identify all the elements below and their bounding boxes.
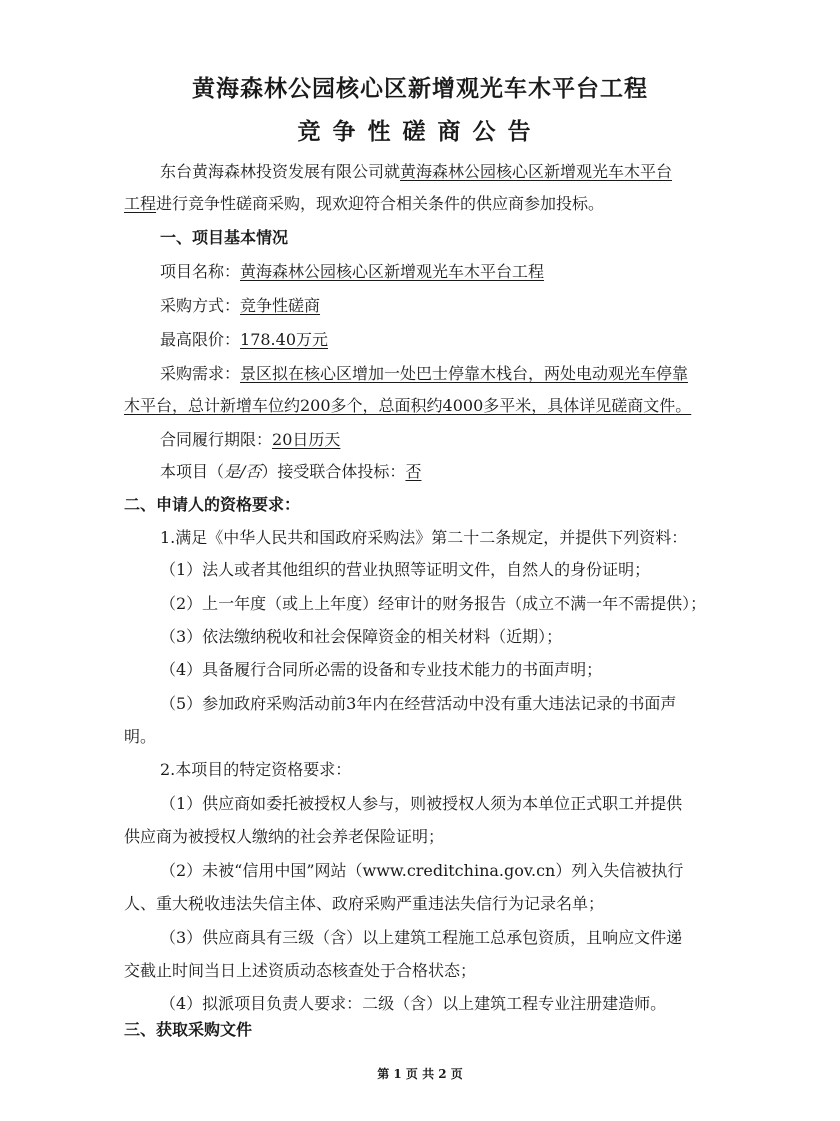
- demand-row: 采购需求：景区拟在核心区增加一处巴士停靠木栈台，两处电动观光车停靠: [160, 364, 688, 384]
- intro-text: 东台黄海森林投资发展有限公司就: [160, 162, 400, 181]
- demand-label: 采购需求：: [160, 364, 240, 383]
- document-page: 黄海森林公园核心区新增观光车木平台工程 竞争性磋商公告 东台黄海森林投资发展有限…: [0, 0, 840, 1121]
- section2-heading: 二、申请人的资格要求：: [124, 495, 300, 515]
- max-price-value: 178.40万元: [240, 330, 328, 349]
- document-title: 黄海森林公园核心区新增观光车木平台工程: [0, 70, 840, 103]
- req1-item-3: （3）依法缴纳税收和社会保障资金的相关材料（近期）；: [160, 627, 562, 647]
- project-name-inline: 黄海森林公园核心区新增观光车木平台: [400, 162, 672, 181]
- req2-item-4: （4）拟派项目负责人要求：二级（含）以上建筑工程专业注册建造师。: [160, 994, 666, 1014]
- method-value: 竞争性磋商: [240, 296, 320, 315]
- req1-heading: 1.满足《中华人民共和国政府采购法》第二十二条规定，并提供下列资料：: [160, 528, 687, 548]
- max-price-row: 最高限价：178.40万元: [160, 330, 328, 350]
- consortium-label-end: ）接受联合体投标：: [261, 462, 405, 481]
- req1-item-5: （5）参加政府采购活动前3年内在经营活动中没有重大违法记录的书面声: [160, 694, 676, 714]
- max-price-label: 最高限价：: [160, 330, 240, 349]
- project-name-row: 项目名称：黄海森林公园核心区新增观光车木平台工程: [160, 262, 544, 282]
- req1-item-5-cont: 明。: [124, 727, 156, 747]
- demand-value-1: 景区拟在核心区增加一处巴士停靠木栈台，两处电动观光车停靠: [240, 364, 688, 383]
- req2-heading: 2.本项目的特定资格要求：: [160, 760, 351, 780]
- req2-item-2-cont: 人、重大税收违法失信主体、政府采购严重违法失信行为记录名单；: [124, 894, 604, 914]
- demand-row-cont: 木平台，总计新增车位约200多个，总面积约4000多平米，具体详见磋商文件。: [124, 396, 691, 416]
- project-name-label: 项目名称：: [160, 262, 240, 281]
- method-label: 采购方式：: [160, 296, 240, 315]
- method-row: 采购方式：竞争性磋商: [160, 296, 320, 316]
- req2-item-3-cont: 交截止时间当日上述资质动态核查处于合格状态；: [124, 961, 476, 981]
- req1-item-1: （1）法人或者其他组织的营业执照等证明文件，自然人的身份证明；: [160, 560, 650, 580]
- period-label: 合同履行期限：: [160, 430, 272, 449]
- req1-item-2: （2）上一年度（或上上年度）经审计的财务报告（成立不满一年不需提供）；: [160, 594, 706, 614]
- period-row: 合同履行期限：20日历天: [160, 430, 340, 450]
- section3-heading: 三、获取采购文件: [124, 1020, 252, 1040]
- intro-line-1: 东台黄海森林投资发展有限公司就黄海森林公园核心区新增观光车木平台: [160, 162, 672, 182]
- project-name-inline-end: 工程: [124, 194, 156, 213]
- req2-item-1: （1）供应商如委托被授权人参与，则被授权人须为本单位正式职工并提供: [160, 794, 682, 814]
- section1-heading: 一、项目基本情况: [160, 228, 288, 248]
- period-value: 20日历天: [272, 430, 340, 449]
- project-name-value: 黄海森林公园核心区新增观光车木平台工程: [240, 262, 544, 281]
- req2-item-1-cont: 供应商为被授权人缴纳的社会养老保险证明；: [124, 827, 444, 847]
- demand-value-2: 木平台，总计新增车位约200多个，总面积约4000多平米，具体详见磋商文件。: [124, 396, 691, 415]
- consortium-value: 否: [405, 462, 421, 481]
- page-indicator: 第 1 页 共 2 页: [0, 1065, 840, 1082]
- req2-item-2: （2）未被“信用中国”网站（www.creditchina.gov.cn）列入失…: [160, 861, 683, 881]
- req1-item-4: （4）具备履行合同所必需的设备和专业技术能力的书面声明；: [160, 660, 602, 680]
- consortium-row: 本项目（是/否）接受联合体投标：否: [160, 462, 421, 482]
- intro-line-2: 工程进行竞争性磋商采购，现欢迎符合相关条件的供应商参加投标。: [124, 194, 604, 214]
- consortium-label: 本项目（: [160, 462, 224, 481]
- req2-item-3: （3）供应商具有三级（含）以上建筑工程施工总承包资质，且响应文件递: [160, 928, 682, 948]
- intro-text-end: 进行竞争性磋商采购，现欢迎符合相关条件的供应商参加投标。: [156, 194, 604, 213]
- document-subtitle: 竞争性磋商公告: [0, 113, 840, 146]
- consortium-label-option: 是/否: [224, 462, 261, 481]
